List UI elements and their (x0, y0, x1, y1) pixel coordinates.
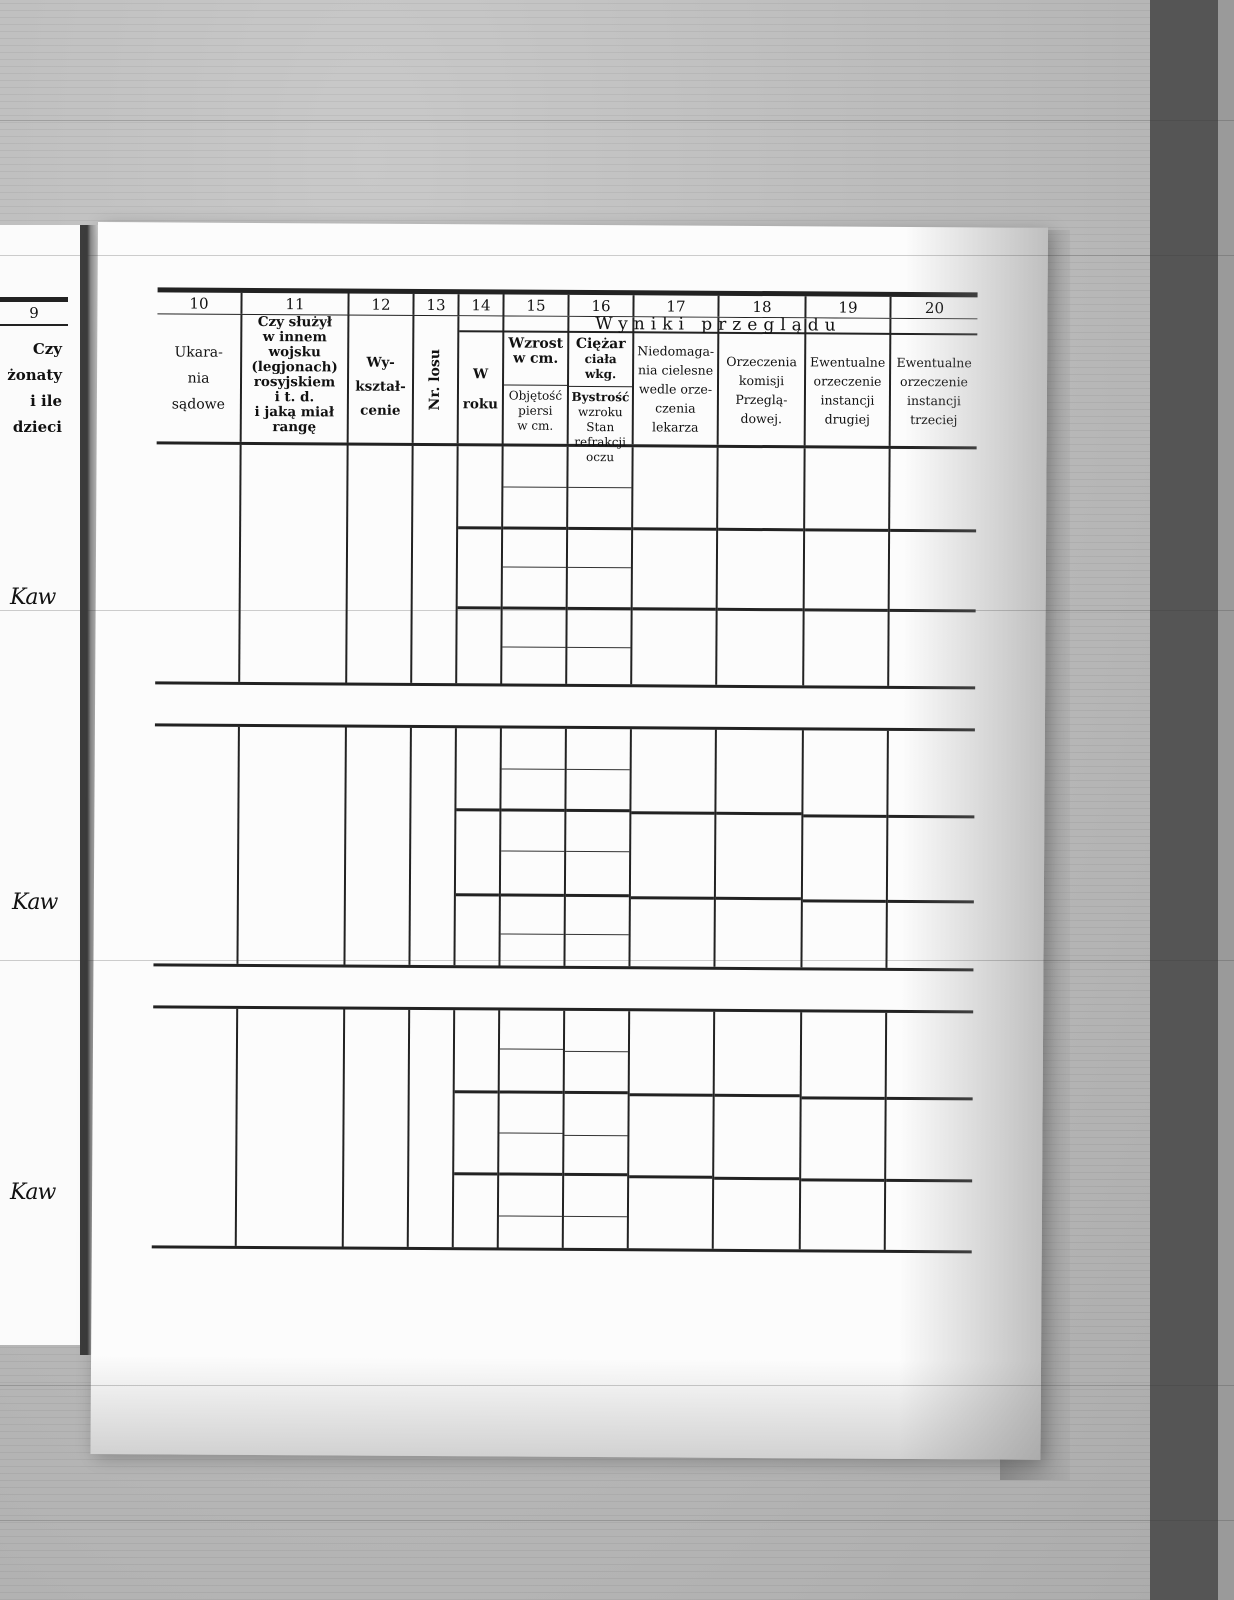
column-9-header-line-2: żonaty (0, 362, 82, 388)
header-text: W (459, 359, 502, 389)
cell-col-10[interactable] (153, 726, 239, 964)
cell-col-10[interactable] (155, 444, 241, 682)
cell-col-17[interactable] (632, 447, 718, 685)
header-text: rangę (242, 420, 347, 436)
cell-col-19[interactable] (804, 448, 890, 686)
header-text: Ciężar (569, 337, 632, 352)
header-text: orzeczenie (891, 371, 977, 391)
cell-col-20[interactable] (887, 731, 974, 969)
examination-form-table: 10 11 12 13 14 15 16 17 18 19 20 Wyniki … (152, 287, 978, 1253)
cell-col-15[interactable] (499, 1010, 565, 1247)
scanner-edge-strip (1218, 0, 1234, 1600)
sub-row-divider (503, 486, 566, 488)
header-col-20: Ewentualne orzeczenie instancji trzeciej (891, 319, 978, 447)
sub-row-divider (568, 567, 631, 569)
header-text: piersi (504, 403, 567, 418)
header-col-12: Wy- kształ- cenie (349, 316, 415, 443)
cell-col-18[interactable] (714, 1012, 802, 1250)
row-divider (887, 1097, 973, 1100)
header-text: Przeglą- (719, 389, 804, 409)
sub-row-divider (565, 1051, 628, 1053)
cell-col-15[interactable] (500, 728, 566, 965)
header-text: w innem (242, 330, 347, 346)
header-text: instancji (891, 390, 977, 410)
row-divider (456, 893, 499, 896)
scan-artifact (0, 610, 1234, 611)
column-number-12: 12 (349, 294, 414, 315)
header-col-13: Nr. losu (414, 316, 460, 443)
handwritten-entry: Kaw (12, 890, 57, 915)
sub-row-divider (500, 1048, 563, 1050)
row-divider (718, 528, 803, 531)
row-divider (455, 1090, 498, 1093)
cell-col-13[interactable] (412, 446, 458, 683)
header-text: wzroku (569, 405, 632, 420)
sub-row-divider (502, 646, 565, 648)
row-divider (458, 526, 501, 529)
sub-row-divider (566, 934, 629, 936)
cell-col-14[interactable] (457, 446, 503, 683)
header-text: orzeczenie (806, 371, 889, 391)
column-header-row: Wyniki przeglądu Ukara- nia sądowe Czy s… (157, 314, 978, 449)
row-divider (631, 811, 714, 814)
row-divider (633, 527, 716, 530)
header-text: nia (157, 365, 240, 392)
scan-artifact (0, 1520, 1234, 1521)
column-9: 9 Czy żonaty i ile dzieci (0, 297, 82, 440)
sub-row-divider (568, 487, 631, 489)
row-divider (890, 529, 976, 532)
header-text: kształ- (349, 374, 412, 398)
sub-row-divider (499, 1215, 562, 1217)
cell-col-16[interactable] (567, 447, 633, 684)
cell-col-18[interactable] (717, 448, 805, 686)
header-text: czenia (634, 398, 717, 418)
header-col-16: Ciężar ciała wkg. Bystrość wzroku Stan r… (569, 317, 635, 444)
header-text: ciała wkg. (569, 352, 632, 382)
scan-artifact (0, 1385, 1234, 1386)
cell-col-19[interactable] (801, 1012, 887, 1250)
row-divider (565, 1091, 628, 1094)
scanner-dark-strip (1150, 0, 1218, 1600)
cell-col-15[interactable] (502, 446, 568, 683)
header-text: rosyjskiem (242, 375, 347, 391)
cell-col-12[interactable] (345, 728, 411, 965)
column-number-15: 15 (504, 294, 569, 315)
cell-col-11[interactable] (240, 445, 348, 683)
sub-row-divider (567, 647, 630, 649)
header-text: Objętość (504, 388, 567, 403)
row-divider (714, 1177, 799, 1180)
row-divider (888, 900, 974, 903)
header-text: nia cielesne (634, 360, 717, 380)
header-col-15: Wzrost w cm. Objętość piersi w cm. (504, 316, 570, 443)
cell-col-17[interactable] (630, 729, 716, 967)
block-separator (155, 684, 975, 731)
row-divider (805, 528, 888, 531)
cell-col-13[interactable] (410, 728, 456, 965)
header-col-19: Ewentualne orzeczenie instancji drugiej (806, 318, 892, 446)
cell-col-14[interactable] (454, 1010, 500, 1247)
header-text: komisji (719, 370, 804, 390)
left-page-fragment: 9 Czy żonaty i ile dzieci Kaw Kaw Kaw (0, 225, 82, 1345)
column-number-10: 10 (157, 292, 242, 314)
header-text: Orzeczenia (719, 351, 804, 371)
cell-col-11[interactable] (237, 1009, 345, 1247)
record-block-3 (152, 1008, 973, 1253)
column-number-16: 16 (569, 295, 634, 316)
cell-col-17[interactable] (629, 1011, 715, 1249)
header-text: Ukara- (157, 339, 240, 366)
cell-col-13[interactable] (409, 1010, 455, 1247)
header-text: w cm. (504, 418, 567, 433)
row-divider (454, 1172, 497, 1175)
header-text: Ewentualne (891, 352, 977, 372)
sub-row-divider (499, 1132, 562, 1134)
header-text: Niedomaga- (634, 341, 717, 361)
scan-artifact (0, 120, 1234, 121)
row-divider (503, 526, 566, 529)
row-divider (501, 893, 564, 896)
sub-row-divider (564, 1216, 627, 1218)
column-number-9: 9 (0, 297, 68, 326)
sub-row-divider (503, 566, 566, 568)
row-divider (630, 1093, 713, 1096)
column-9-header-line-1: Czy (0, 336, 82, 362)
cell-col-18[interactable] (715, 730, 803, 968)
column-9-header-line-3: i ile (0, 388, 82, 414)
header-col-10: Ukara- nia sądowe (157, 314, 243, 442)
header-col-17: Niedomaga- nia cielesne wedle orze- czen… (634, 317, 720, 445)
cell-col-20[interactable] (889, 449, 976, 687)
sub-row-divider (566, 851, 629, 853)
header-text: i jaką miał (242, 405, 347, 421)
row-divider (456, 808, 499, 811)
row-divider (801, 1178, 884, 1181)
row-divider (715, 1094, 800, 1097)
cell-col-14[interactable] (455, 728, 501, 965)
row-divider (631, 896, 714, 899)
row-divider (803, 814, 886, 817)
row-divider (802, 1096, 885, 1099)
cell-col-16[interactable] (565, 729, 631, 966)
cell-col-16[interactable] (564, 1011, 630, 1248)
header-text: cenie (349, 398, 412, 422)
column-number-13: 13 (414, 294, 459, 315)
row-divider (888, 815, 974, 818)
register-page: 10 11 12 13 14 15 16 17 18 19 20 Wyniki … (90, 222, 1048, 1460)
header-text: lekarza (634, 417, 717, 437)
row-divider (886, 1179, 972, 1182)
header-col-14: W roku (459, 316, 505, 443)
row-divider (564, 1173, 627, 1176)
header-text: trzeciej (891, 409, 977, 429)
header-text: Czy służył (242, 315, 347, 331)
row-divider (499, 1172, 562, 1175)
scan-artifact (0, 960, 1234, 961)
sub-row-divider (502, 768, 565, 770)
header-subsection: Objętość piersi w cm. (504, 384, 567, 433)
scan-artifact (0, 255, 1234, 256)
column-number-11: 11 (242, 293, 349, 315)
header-text: sądowe (157, 391, 240, 418)
header-text: Stan (569, 420, 632, 435)
handwritten-entry: Kaw (10, 1180, 55, 1205)
column-9-header-line-4: dzieci (0, 414, 82, 440)
header-text: roku (459, 389, 502, 419)
sub-row-divider (501, 850, 564, 852)
block-separator (153, 966, 973, 1013)
cell-col-12[interactable] (344, 1010, 410, 1247)
header-text: Bystrość (569, 390, 632, 405)
header-text: wedle orze- (634, 379, 717, 399)
record-block-2 (153, 726, 974, 971)
row-divider (503, 606, 566, 609)
header-text: instancji (806, 390, 889, 410)
sub-row-divider (564, 1135, 627, 1137)
row-divider (458, 606, 501, 609)
row-divider (500, 1090, 563, 1093)
row-divider (803, 899, 886, 902)
header-text: w cm. (504, 351, 567, 366)
column-number-14: 14 (459, 294, 504, 315)
row-divider (568, 527, 631, 530)
sub-row-divider (501, 933, 564, 935)
cell-col-20[interactable] (886, 1013, 973, 1251)
handwritten-entry: Kaw (10, 585, 55, 610)
cell-col-11[interactable] (238, 727, 346, 965)
header-text: dowej. (719, 408, 804, 428)
row-divider (716, 812, 801, 815)
header-text: drugiej (806, 409, 889, 429)
row-divider (501, 808, 564, 811)
header-col-18: Orzeczenia komisji Przeglą- dowej. (719, 318, 807, 446)
row-divider (566, 809, 629, 812)
header-text-vertical: Nr. losu (428, 349, 443, 410)
header-text: Wy- (349, 350, 412, 374)
header-text: Ewentualne (806, 352, 889, 372)
cell-col-12[interactable] (347, 446, 413, 683)
cell-col-19[interactable] (802, 730, 888, 968)
row-divider (716, 897, 801, 900)
sub-row-divider (567, 769, 630, 771)
column-number-20: 20 (891, 297, 977, 319)
header-col-11: Czy służył w innem wojsku (legjonach) ro… (242, 315, 350, 443)
row-divider (566, 894, 629, 897)
cell-col-10[interactable] (152, 1008, 238, 1246)
row-divider (629, 1175, 712, 1178)
record-block-1 (155, 444, 976, 689)
